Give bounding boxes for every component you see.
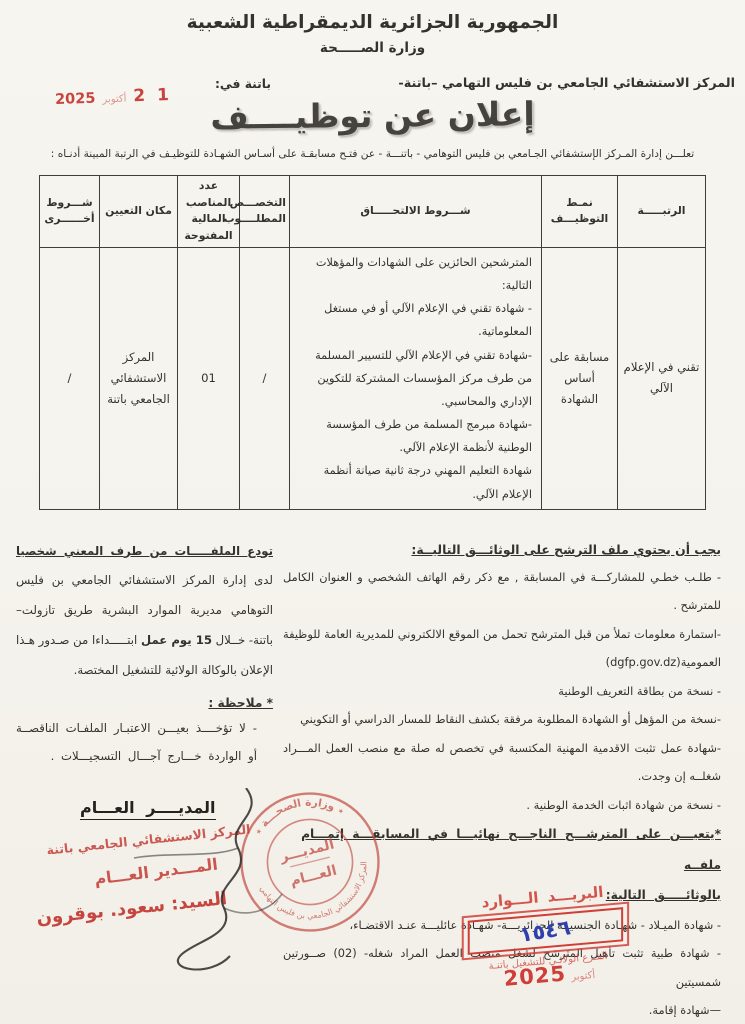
- seal-center-line1: المديـــر: [278, 836, 336, 865]
- dateline-label: باتنة في:: [215, 77, 271, 91]
- col-header-rank: الرتبـــــة: [618, 176, 706, 248]
- col-header-other: شـــروط أخــــــرى: [40, 176, 100, 248]
- mail-number-box: ١٥٤٦: [468, 907, 623, 955]
- doc-item: - نسخة من بطاقة التعريف الوطنية: [283, 677, 721, 706]
- handwritten-mail-number: ١٥٤٦: [518, 915, 572, 947]
- republic-heading: الجمهورية الجزائرية الديمقراطية الشعبية: [0, 0, 745, 33]
- deposit-section: تودع الملفـــــات من طرف المعني شخصيا لد…: [16, 537, 273, 771]
- note-label: * ملاحظة :: [16, 696, 273, 710]
- condition-line: شهادة التعليم المهني درجة ثانية صيانة أن…: [299, 459, 532, 505]
- mode-cell: مسابقة على أساس الشهادة: [542, 247, 618, 509]
- round-seal-stamp: ٭ وزارة الصحـــة ٭ المركز الاستشفائي الج…: [220, 772, 399, 951]
- seal-center-line2: العـــام: [289, 863, 339, 890]
- doc-item: -استمارة معلومات تملأ من قبل المترشح تحم…: [283, 620, 721, 677]
- red-stamp-line-director: المـــدير العـــام: [93, 855, 218, 889]
- red-stamp-line-name: السيد: سعود. بوقرون: [35, 888, 228, 929]
- director-title: المديــــر العـــام: [80, 798, 216, 820]
- condition-line: المترشحين الحائزين على الشهادات والمؤهلا…: [299, 251, 532, 297]
- specialty-cell: /: [240, 247, 290, 509]
- ministry-heading: وزارة الصـــــحة: [0, 40, 745, 56]
- red-stamp-line-establishment: المركز الاستشفائي الجامعي باتنة: [46, 821, 251, 857]
- condition-line: -شهادة مبرمج المسلمة من طرف المؤسسة الوط…: [299, 413, 532, 459]
- condition-line: -شهادة تقني في الإعلام الآلي للتسيير الم…: [299, 344, 532, 413]
- doc-item: -نسخة من المؤهل أو الشهادة المطلوبة مرفق…: [283, 705, 721, 734]
- table-header-row: الرتبـــــة نمـط التوظيـــف شـــروط الال…: [40, 176, 706, 248]
- establishment-line: المركز الاستشفائي الجامعي بن فليس التهام…: [398, 76, 735, 91]
- deposit-lead: تودع الملفـــــات من طرف المعني شخصيا: [16, 544, 273, 558]
- table-row: تقني في الإعلام الآلي مسابقة على أساس ال…: [40, 247, 706, 509]
- deposit-paragraph: تودع الملفـــــات من طرف المعني شخصيا لد…: [16, 537, 273, 686]
- conditions-cell: المترشحين الحائزين على الشهادات والمؤهلا…: [290, 247, 542, 509]
- required-documents-heading: يجب أن يحتوي ملف الترشح على الوثائـــق ا…: [283, 537, 721, 563]
- other-conditions-cell: /: [40, 247, 100, 509]
- intro-paragraph: تعلـــن إدارة المـركز الإستشفائي الجـامع…: [0, 148, 745, 160]
- col-header-mode: نمـط التوظيـــف: [542, 176, 618, 248]
- rank-cell: تقني في الإعلام الآلي: [618, 247, 706, 509]
- location-cell: المركز الاستشفائي الجامعي باتنة: [100, 247, 178, 509]
- incoming-mail-stamp: البريـــد الـــوارد ١٥٤٦ الفـرع الولائـي…: [458, 881, 634, 994]
- deposit-days: 15 يوم عمل: [141, 633, 212, 647]
- page-title: إعلان عن توظيــــف: [0, 92, 745, 139]
- recruitment-table: الرتبـــــة نمـط التوظيـــف شـــروط الال…: [39, 175, 706, 510]
- scanned-document-page: الجمهورية الجزائرية الديمقراطية الشعبية …: [0, 0, 745, 1024]
- note-item: - لا تؤخــــذ بعيـــن الاعتبـار الملفـات…: [16, 714, 273, 771]
- doc-item: - طلـب خطـي للمشاركـــة في المسابقة , مع…: [283, 563, 721, 620]
- col-header-conditions: شـــروط الالتحـــــاق: [290, 176, 542, 248]
- col-header-specialty: التخصـــص المطلــــوب: [240, 176, 290, 248]
- col-header-location: مكان التعيين: [100, 176, 178, 248]
- signature-block: المديــــر العـــام المركز الاستشفائي ال…: [14, 788, 414, 1024]
- mail-stamp-month: أكتوبر: [571, 970, 596, 983]
- positions-cell: 01: [178, 247, 240, 509]
- condition-line: - شهادة تقني في الإعلام الآلي أو في مستغ…: [299, 297, 532, 343]
